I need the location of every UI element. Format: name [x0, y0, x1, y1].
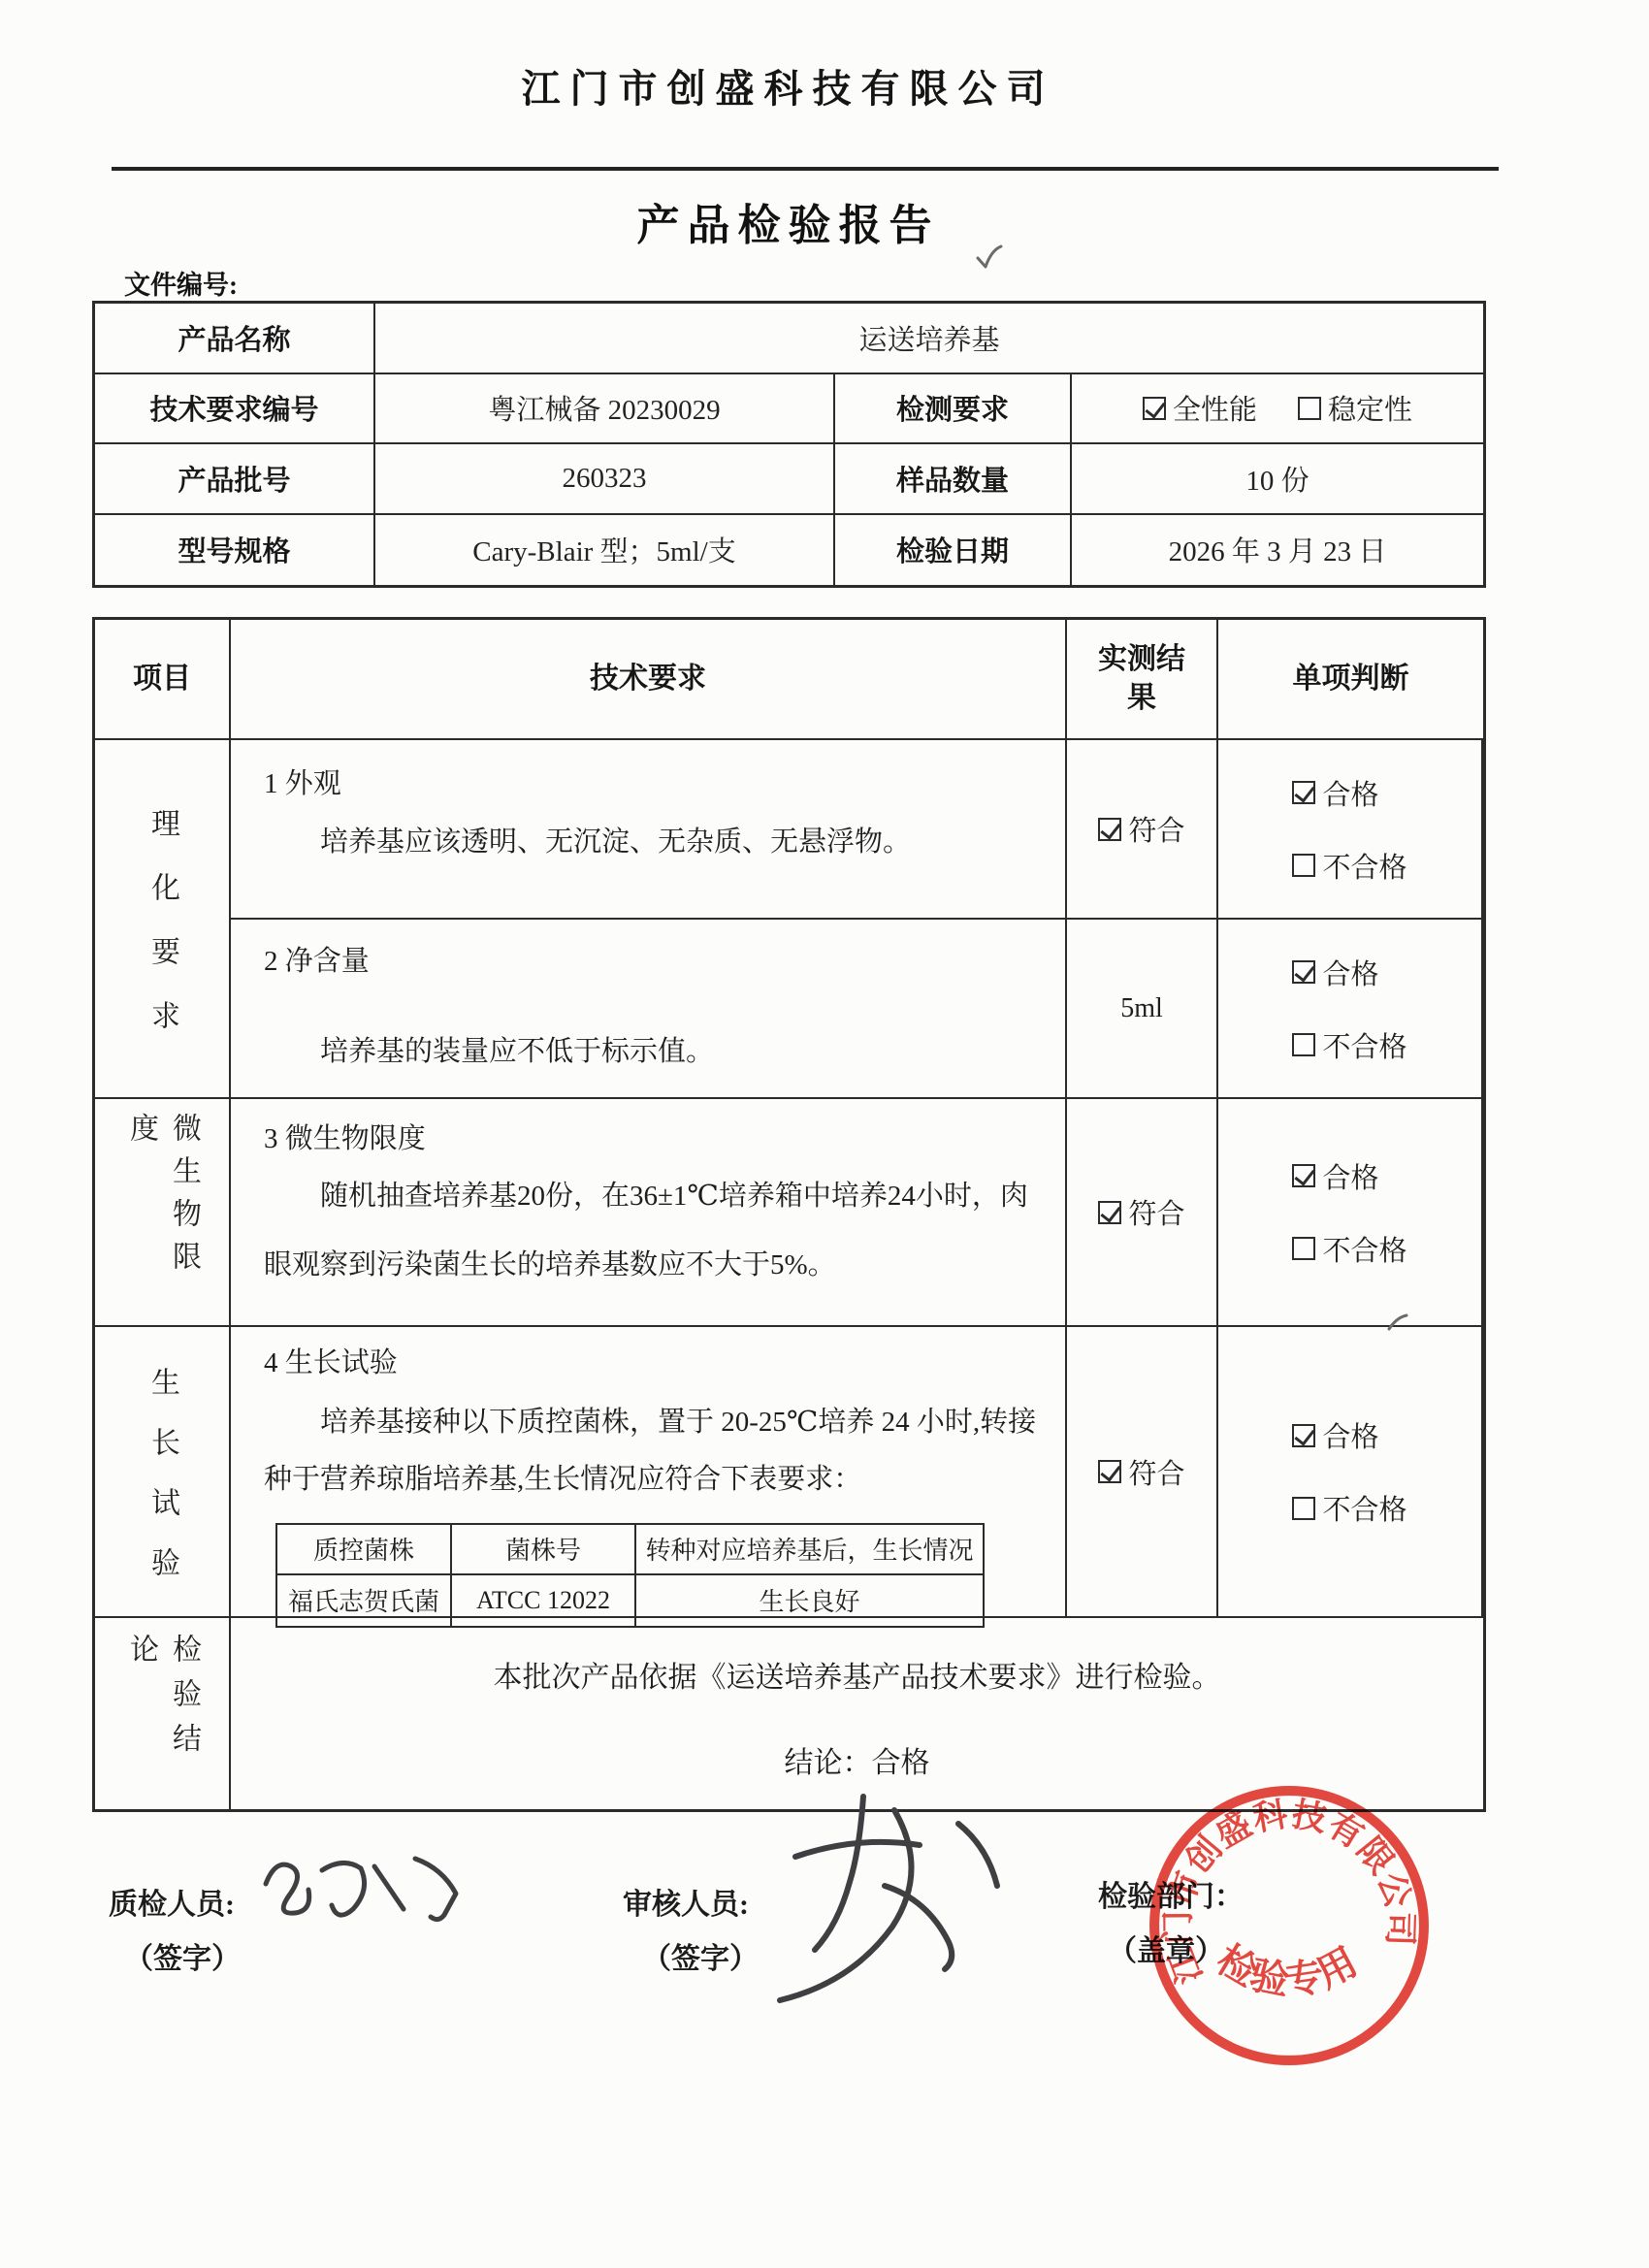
req-title-micro: 3 微生物限度 [264, 1117, 426, 1156]
checkbox-checked-icon [1292, 1424, 1315, 1447]
col-header-tech-req: 技术要求 [590, 660, 706, 699]
checkbox-empty-icon [1292, 1497, 1315, 1520]
col-header-item: 项目 [133, 660, 191, 699]
group-label-growth: 生长试验 [141, 1336, 183, 1607]
header-divider [112, 167, 1499, 171]
judgement-micro: 合格 不合格 [1292, 1156, 1406, 1269]
strain-number: ATCC 12022 [476, 1586, 610, 1615]
result-micro: 符合 [1098, 1192, 1184, 1232]
product-name-value: 运送培养基 [858, 318, 999, 358]
growth-status: 生长良好 [759, 1582, 859, 1618]
checkbox-checked-icon [1292, 1164, 1315, 1187]
model-label: 型号规格 [178, 530, 290, 569]
inspection-report-page: 江门市创盛科技有限公司 产品检验报告 文件编号: 产品名称 运送培养基 技术要求… [0, 0, 1649, 2268]
req-body-growth: 培养基接种以下质控菌株，置于 20-25℃培养 24 小时,转接种于营养琼脂培养… [264, 1394, 1040, 1509]
strain-no-col-header: 菌株号 [505, 1531, 581, 1567]
qc-signature [244, 1833, 497, 1950]
reviewer-signature [739, 1785, 1050, 2008]
sample-qty-value: 10 份 [1245, 459, 1309, 499]
conclusion-result: 结论：合格 [231, 1738, 1483, 1781]
result-net-content: 5ml [1120, 993, 1163, 1024]
conclusion-basis: 本批次产品依据《运送培养基产品技术要求》进行检验。 [231, 1653, 1483, 1696]
result-appearance: 符合 [1098, 809, 1184, 849]
checkbox-checked-icon [1292, 960, 1315, 984]
date-label: 检验日期 [896, 530, 1009, 569]
batch-value: 260323 [563, 463, 647, 495]
req-title-net-content: 2 净含量 [264, 939, 370, 979]
tech-req-no-label: 技术要求编号 [149, 388, 318, 428]
doc-number-label: 文件编号: [124, 264, 238, 302]
sample-qty-label: 样品数量 [896, 459, 1009, 499]
pen-mark-icon [972, 243, 1005, 272]
req-body-micro: 随机抽查培养基20份，在36±1℃培养箱中培养24小时，肉眼观察到污染菌生长的培… [264, 1162, 1040, 1300]
col-header-judgement: 单项判断 [1293, 660, 1409, 699]
group-label-conclusion: 检验结论 [119, 1618, 205, 1809]
checkbox-empty-icon [1292, 1033, 1315, 1056]
pen-mark-icon [1381, 1312, 1410, 1337]
checkbox-checked-icon [1143, 397, 1166, 420]
req-title-growth: 4 生长试验 [264, 1341, 398, 1380]
info-table: 产品名称 运送培养基 技术要求编号 粤江械备 20230029 检测要求 全性能… [92, 301, 1486, 588]
reviewer-label: 审核人员: [623, 1880, 749, 1923]
tech-req-no-value: 粤江械备 20230029 [488, 388, 720, 428]
group-label-physchem: 理化要求 [141, 773, 183, 1064]
checkbox-checked-icon [1098, 1201, 1121, 1224]
req-title-appearance: 1 外观 [264, 761, 341, 801]
report-title: 产品检验报告 [92, 190, 1484, 252]
strain-name: 福氏志贺氏菌 [288, 1582, 439, 1618]
test-req-option-full-performance: 全性能 [1143, 388, 1257, 428]
qc-personnel-label: 质检人员: [109, 1880, 235, 1923]
checkbox-empty-icon [1298, 397, 1321, 420]
results-table: 项目 技术要求 实测结果 单项判断 理化要求 1 外观 培养基应该透明、无沉淀、… [92, 617, 1486, 1812]
req-body-net-content: 培养基的装量应不低于标示值。 [264, 1029, 1040, 1074]
strain-col-header: 质控菌株 [313, 1531, 414, 1567]
growth-strain-table: 质控菌株 菌株号 转种对应培养基后，生长情况 福氏志贺氏菌 ATCC 12022… [275, 1523, 985, 1628]
req-body-appearance: 培养基应该透明、无沉淀、无杂质、无悬浮物。 [264, 813, 1040, 872]
test-req-label: 检测要求 [896, 388, 1009, 428]
checkbox-checked-icon [1292, 781, 1315, 804]
inspection-stamp: 江门市创盛科技有限公司 检验专用章 [1143, 1779, 1436, 2072]
checkbox-checked-icon [1098, 1460, 1121, 1483]
qc-sign-label: （签字） [124, 1934, 241, 1977]
batch-label: 产品批号 [178, 459, 290, 499]
date-value: 2026 年 3 月 23 日 [1169, 530, 1387, 569]
judgement-appearance: 合格 不合格 [1292, 773, 1406, 886]
group-label-micro: 微生物限度 [119, 1099, 205, 1325]
checkbox-empty-icon [1292, 854, 1315, 877]
checkbox-empty-icon [1292, 1237, 1315, 1260]
result-growth: 符合 [1098, 1452, 1184, 1492]
col-header-result: 实测结果 [1095, 640, 1188, 719]
checkbox-checked-icon [1098, 818, 1121, 841]
model-value: Cary-Blair 型；5ml/支 [472, 530, 735, 569]
test-req-option-stability: 稳定性 [1298, 388, 1412, 428]
judgement-net-content: 合格 不合格 [1292, 953, 1406, 1065]
company-name: 江门市创盛科技有限公司 [92, 58, 1484, 113]
judgement-growth: 合格 不合格 [1292, 1415, 1406, 1528]
product-name-label: 产品名称 [178, 318, 290, 358]
growth-status-col-header: 转种对应培养基后，生长情况 [645, 1531, 973, 1567]
